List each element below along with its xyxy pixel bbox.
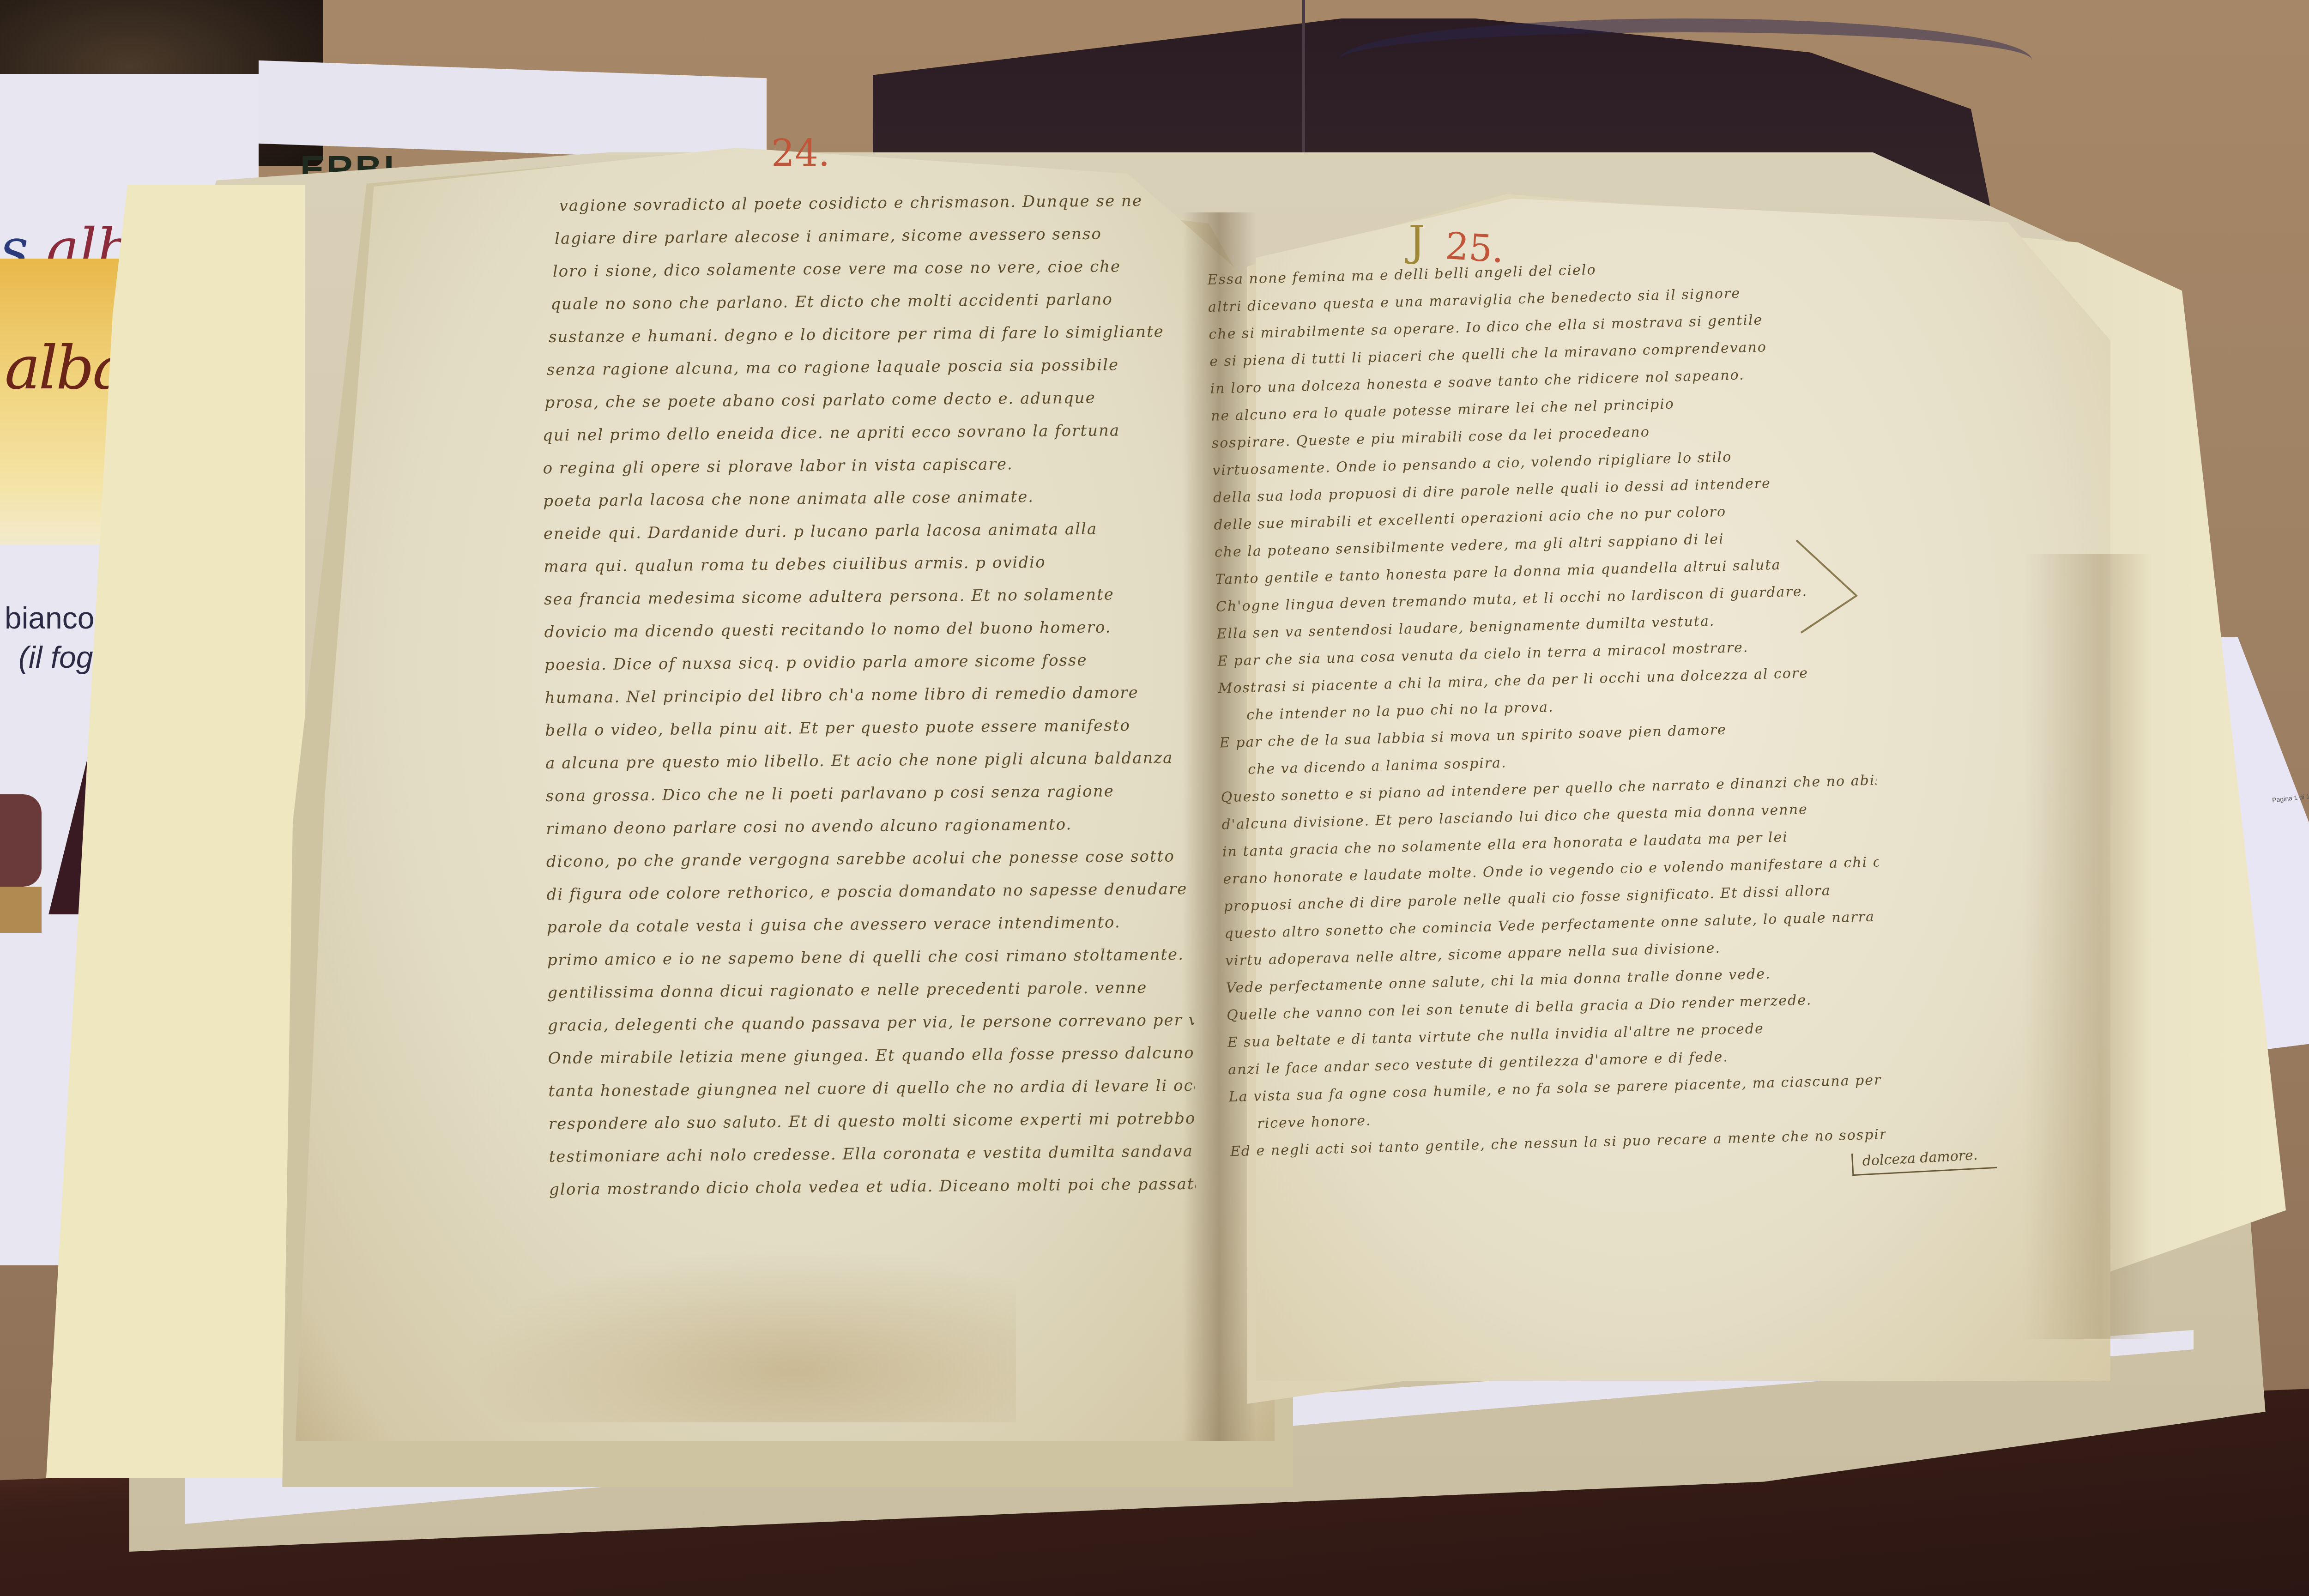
ms-line: Tanto gentile e tanto honesta pare la do… xyxy=(1215,555,1871,588)
ms-line: respondere alo suo saluto. Et di questo … xyxy=(549,1109,1195,1133)
left-page-stain xyxy=(462,1247,1016,1422)
ms-line: propuosi anche di dire parole nelle qual… xyxy=(1224,881,1880,914)
ms-line: dovicio ma dicendo questi recitando lo n… xyxy=(544,617,1191,641)
ms-line: che va dicendo a lanima sospira. xyxy=(1220,745,1876,778)
ms-line: o regina gli opere si plorave labor in v… xyxy=(543,453,1189,478)
ms-line: senza ragione alcuna, ma co ragione laqu… xyxy=(542,355,1189,379)
ms-line: sospirare. Queste e piu mirabili cose da… xyxy=(1211,418,1867,452)
ms-line: gloria mostrando dicio chola vedea et ud… xyxy=(549,1175,1196,1199)
ms-line: che intender no la puo chi no la prova. xyxy=(1219,690,1874,724)
folio-mark-right: J xyxy=(1408,217,1425,266)
ms-line: sea francia medesima sicome adultera per… xyxy=(544,585,1191,609)
ms-line: tanta honestade giungnea nel cuore di qu… xyxy=(548,1076,1195,1100)
ms-line: gentilissima donna dicui ragionato e nel… xyxy=(547,978,1194,1002)
ms-line: che la poteano sensibilmente vedere, ma … xyxy=(1215,527,1870,561)
ms-line: lagiare dire parlare alecose i animare, … xyxy=(541,224,1187,248)
ms-line: Mostrasi si piacente a chi la mira, che … xyxy=(1218,663,1874,696)
ms-line: a alcuna pre questo mio libello. Et acio… xyxy=(545,749,1192,773)
right-page-text-block: Essa none femina ma e delli belli angeli… xyxy=(1207,255,1887,1195)
ms-line: Onde mirabile letizia mene giungea. Et q… xyxy=(548,1044,1195,1068)
marginal-bracket xyxy=(1792,536,1866,637)
ms-line: poeta parla lacosa che none animata alle… xyxy=(543,486,1190,510)
left-page-text-block: vagione sovradicto al poete cosidicto e … xyxy=(540,191,1196,1213)
ms-line: quale no sono che parlano. Et dicto che … xyxy=(541,290,1188,314)
right-page-edge-stain xyxy=(2023,554,2152,1339)
ms-line: erano honorate e laudate molte. Onde io … xyxy=(1223,854,1879,887)
ms-line: della sua loda propuosi di dire parole n… xyxy=(1213,473,1868,506)
ms-line: prosa, che se poete abano cosi parlato c… xyxy=(542,388,1189,412)
ms-line: e si piena di tutti li piaceri che quell… xyxy=(1209,337,1865,370)
ms-line: qui nel primo dello eneida dice. ne apri… xyxy=(543,421,1189,445)
ms-line: Ch'ogne lingua deven tremando muta, et l… xyxy=(1216,582,1872,615)
ms-line: E sua beltate e di tanta virtute che nul… xyxy=(1227,1017,1883,1051)
ms-line: La vista sua fa ogne cosa humile, e no f… xyxy=(1228,1072,1884,1105)
poster-figure-legs xyxy=(0,887,42,933)
ms-line: gracia, delegenti che quando passava per… xyxy=(548,1011,1194,1035)
ms-line: E par che sia una cosa venuta da cielo i… xyxy=(1217,636,1873,669)
ms-line: parole da cotale vesta i guisa che avess… xyxy=(547,913,1193,937)
ms-line: virtu adoperava nelle altre, sicome appa… xyxy=(1225,936,1881,969)
ms-line: ne alcuno era lo quale potesse mirare le… xyxy=(1211,391,1867,424)
ms-line: humana. Nel principio del libro ch'a nom… xyxy=(545,683,1191,707)
poster-top-band xyxy=(259,60,767,161)
ms-line: sona grossa. Dico che ne li poeti parlav… xyxy=(546,781,1192,805)
ms-line: Ed e negli acti soi tanto gentile, che n… xyxy=(1230,1126,1886,1160)
leather-folder-blue-edge xyxy=(1339,18,2032,102)
ms-line: Vede perfectamente onne salute, chi la m… xyxy=(1226,963,1881,996)
ms-line: E par che de la sua labbia si mova un sp… xyxy=(1219,718,1875,751)
ms-line: anzi le face andar seco vestute di genti… xyxy=(1228,1045,1884,1078)
ms-line: delle sue mirabili et excellenti operazi… xyxy=(1214,500,1869,533)
ms-line: in loro una dolceza honesta e soave tant… xyxy=(1210,364,1866,397)
ms-line: di figura ode colore rethorico, e poscia… xyxy=(546,880,1193,904)
ms-line: sustanze e humani. degno e lo dicitore p… xyxy=(542,322,1188,346)
ms-line: Quelle che vanno con lei son tenute di b… xyxy=(1227,990,1882,1023)
ms-line: Ella sen va sentendosi laudare, benignam… xyxy=(1216,609,1872,642)
ms-line: d'alcuna divisione. Et pero lasciando lu… xyxy=(1221,799,1877,833)
ms-line: questo altro sonetto che comincia Vede p… xyxy=(1224,908,1880,942)
ms-line: primo amico e io ne sapemo bene di quell… xyxy=(547,945,1194,969)
poster-figure-illustration xyxy=(0,794,42,887)
ms-line: rimano deono parlare cosi no avendo alcu… xyxy=(546,814,1192,838)
ms-line: dicono, po che grande vergogna sarebbe a… xyxy=(546,847,1193,871)
ms-line: bella o video, bella pinu ait. Et per qu… xyxy=(545,716,1191,740)
folio-number-left: 24. xyxy=(771,132,830,175)
ms-line: testimoniare achi nolo credesse. Ella co… xyxy=(549,1142,1195,1166)
ms-line: Questo sonetto e si piano ad intendere p… xyxy=(1221,772,1876,805)
ms-line: virtuosamente. Onde io pensando a cio, v… xyxy=(1212,446,1868,479)
ms-line: in tanta gracia che no solamente ella er… xyxy=(1222,827,1878,860)
ms-line: altri dicevano questa e una maraviglia c… xyxy=(1208,282,1864,315)
manuscript-photo-scene: ERBI s albapre albapre bianco p (il fogl… xyxy=(0,0,2309,1596)
ms-line: che si mirabilmente sa operare. Io dico … xyxy=(1209,309,1864,343)
ms-line: poesia. Dice of nuxsa sicq. p ovidio par… xyxy=(544,650,1191,674)
ms-line: riceve honore. xyxy=(1229,1099,1885,1132)
ms-line: mara qui. qualun roma tu debes ciuilibus… xyxy=(544,552,1190,576)
ms-line: eneide qui. Dardanide duri. p lucano par… xyxy=(544,519,1190,543)
ms-line: loro i sione, dico solamente cose vere m… xyxy=(541,257,1188,281)
